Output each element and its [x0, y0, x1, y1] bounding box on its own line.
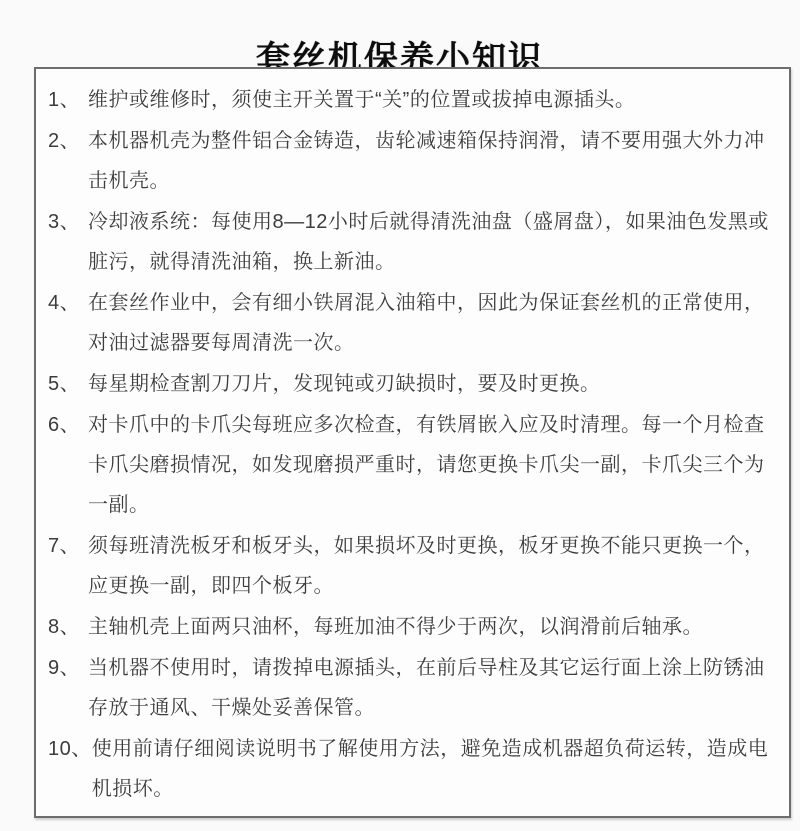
tip-item: 1、 维护或维修时，须使主开关置于“关”的位置或拔掉电源插头。 — [48, 80, 773, 120]
tip-text: 在套丝作业中，会有细小铁屑混入油箱中，因此为保证套丝机的正常使用，对油过滤器要每… — [88, 283, 773, 363]
tip-number: 9、 — [48, 648, 88, 688]
tip-text: 冷却液系统：每使用8—12小时后就得清洗油盘（盛屑盘），如果油色发黑或脏污，就得… — [88, 202, 773, 282]
tip-number: 5、 — [48, 364, 88, 404]
tip-number: 3、 — [48, 202, 88, 242]
tip-item: 5、 每星期检查割刀刀片，发现钝或刃缺损时，要及时更换。 — [48, 364, 773, 404]
tip-text: 须每班清洗板牙和板牙头，如果损坏及时更换，板牙更换不能只更换一个，应更换一副，即… — [88, 526, 773, 606]
tip-item: 7、 须每班清洗板牙和板牙头，如果损坏及时更换，板牙更换不能只更换一个，应更换一… — [48, 526, 773, 606]
tip-number: 2、 — [48, 121, 88, 161]
tip-list: 1、 维护或维修时，须使主开关置于“关”的位置或拔掉电源插头。 2、 本机器机壳… — [48, 80, 773, 809]
tip-number: 7、 — [48, 526, 88, 566]
tip-item: 4、 在套丝作业中，会有细小铁屑混入油箱中，因此为保证套丝机的正常使用，对油过滤… — [48, 283, 773, 363]
tip-text: 使用前请仔细阅读说明书了解使用方法，避免造成机器超负荷运转，造成电机损坏。 — [92, 729, 773, 809]
tip-number: 1、 — [48, 80, 88, 120]
tip-text: 对卡爪中的卡爪尖每班应多次检查，有铁屑嵌入应及时清理。每一个月检查卡爪尖磨损情况… — [88, 405, 773, 525]
tip-item: 10、 使用前请仔细阅读说明书了解使用方法，避免造成机器超负荷运转，造成电机损坏… — [48, 729, 773, 809]
tip-text: 当机器不使用时，请拨掉电源插头，在前后导柱及其它运行面上涂上防锈油存放于通风、干… — [88, 648, 773, 728]
tips-box: 1、 维护或维修时，须使主开关置于“关”的位置或拔掉电源插头。 2、 本机器机壳… — [34, 67, 791, 818]
tip-item: 3、 冷却液系统：每使用8—12小时后就得清洗油盘（盛屑盘），如果油色发黑或脏污… — [48, 202, 773, 282]
tip-text: 维护或维修时，须使主开关置于“关”的位置或拔掉电源插头。 — [88, 80, 773, 120]
tip-item: 9、 当机器不使用时，请拨掉电源插头，在前后导柱及其它运行面上涂上防锈油存放于通… — [48, 648, 773, 728]
tip-number: 10、 — [48, 729, 92, 769]
tip-number: 6、 — [48, 405, 88, 445]
tip-item: 2、 本机器机壳为整件铝合金铸造，齿轮减速箱保持润滑，请不要用强大外力冲击机壳。 — [48, 121, 773, 201]
tip-number: 4、 — [48, 283, 88, 323]
tip-text: 主轴机壳上面两只油杯，每班加油不得少于两次，以润滑前后轴承。 — [88, 607, 773, 647]
tip-number: 8、 — [48, 607, 88, 647]
tip-item: 6、 对卡爪中的卡爪尖每班应多次检查，有铁屑嵌入应及时清理。每一个月检查卡爪尖磨… — [48, 405, 773, 525]
tip-text: 每星期检查割刀刀片，发现钝或刃缺损时，要及时更换。 — [88, 364, 773, 404]
tip-text: 本机器机壳为整件铝合金铸造，齿轮减速箱保持润滑，请不要用强大外力冲击机壳。 — [88, 121, 773, 201]
tip-item: 8、 主轴机壳上面两只油杯，每班加油不得少于两次，以润滑前后轴承。 — [48, 607, 773, 647]
